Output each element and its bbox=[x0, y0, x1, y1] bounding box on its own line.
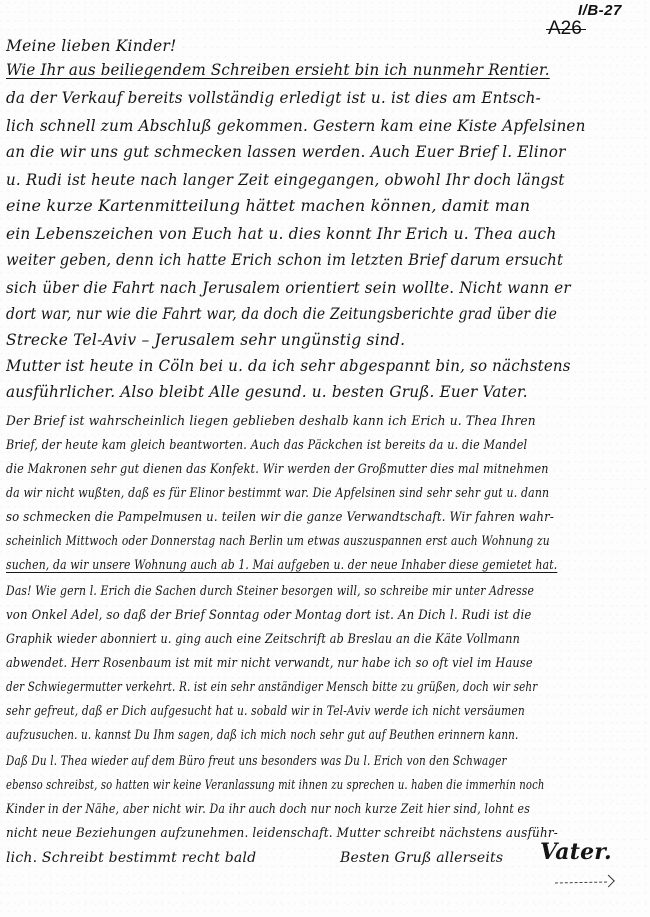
postscript-line: Daß Du l. Thea wieder auf dem Büro freut… bbox=[6, 752, 507, 772]
postscript-line: ebenso schreibst, so hatten wir keine Ve… bbox=[6, 776, 544, 796]
postscript-line: abwendet. Herr Rosenbaum ist mit mir nic… bbox=[6, 654, 533, 674]
letter-line: eine kurze Kartenmitteilung hättet mache… bbox=[6, 196, 530, 216]
postscript-line: nicht neue Beziehungen aufzunehmen. leid… bbox=[6, 824, 558, 844]
letter-line: an die wir uns gut schmecken lassen werd… bbox=[6, 142, 566, 162]
letter-line: da der Verkauf bereits vollständig erled… bbox=[6, 88, 541, 108]
struck-archive-number: A26 bbox=[548, 18, 582, 39]
postscript-closing-request: lich. Schreibt bestimmt recht bald bbox=[6, 848, 256, 868]
postscript-line: aufzusuchen. u. kannst Du Ihm sagen, daß… bbox=[6, 726, 519, 746]
postscript-line: suchen, da wir unsere Wohnung auch ab 1.… bbox=[6, 556, 557, 576]
postscript-line: Kinder in der Nähe, aber nicht wir. Da i… bbox=[6, 800, 530, 820]
letter-line: lich schnell zum Abschluß gekommen. Gest… bbox=[6, 116, 586, 136]
scanned-letter-page: I/B-27 A26 Meine lieben Kinder! Wie Ihr … bbox=[0, 0, 650, 917]
postscript-line: so schmecken die Pampelmusen u. teilen w… bbox=[6, 508, 554, 528]
postscript-line: die Makronen sehr gut dienen das Konfekt… bbox=[6, 460, 549, 480]
postscript-line: Brief, der heute kam gleich beantworten.… bbox=[6, 436, 527, 456]
postscript-line: Das! Wie gern l. Erich die Sachen durch … bbox=[6, 582, 534, 602]
postscript-line: da wir nicht wußten, daß es für Elinor b… bbox=[6, 484, 549, 504]
salutation: Meine lieben Kinder! bbox=[6, 36, 176, 56]
archive-reference-old: A26 bbox=[548, 18, 582, 40]
postscript-line: Der Brief ist wahrscheinlich liegen gebl… bbox=[6, 412, 536, 432]
letter-line: Wie Ihr aus beiliegendem Schreiben ersie… bbox=[6, 60, 550, 80]
letter-line: weiter geben, denn ich hatte Erich schon… bbox=[6, 250, 563, 270]
postscript-line: der Schwiegermutter verkehrt. R. ist ein… bbox=[6, 678, 537, 698]
closing-greeting: Besten Gruß allerseits bbox=[340, 848, 503, 868]
letter-line: ein Lebenszeichen von Euch hat u. dies k… bbox=[6, 224, 556, 244]
postscript-line: sehr gefreut, daß er Dich aufgesucht hat… bbox=[6, 702, 525, 722]
letter-line: u. Rudi ist heute nach langer Zeit einge… bbox=[6, 170, 565, 190]
letter-line: sich über die Fahrt nach Jerusalem orien… bbox=[6, 278, 571, 298]
postscript-line: scheinlich Mittwoch oder Donnerstag nach… bbox=[6, 532, 550, 552]
postscript-line: Graphik wieder abonniert u. ging auch ei… bbox=[6, 630, 520, 650]
scan-mark-arrow bbox=[555, 882, 607, 884]
postscript-line: von Onkel Adel, so daß der Brief Sonntag… bbox=[6, 606, 532, 626]
archive-reference: I/B-27 bbox=[578, 2, 622, 19]
letter-line: dort war, nur wie die Fahrt war, da doch… bbox=[6, 304, 557, 324]
letter-line: ausführlicher. Also bleibt Alle gesund. … bbox=[6, 382, 528, 402]
letter-line: Mutter ist heute in Cöln bei u. da ich s… bbox=[6, 356, 571, 376]
letter-line: Strecke Tel-Aviv – Jerusalem sehr ungüns… bbox=[6, 330, 405, 350]
signature: Vater. bbox=[540, 842, 612, 862]
